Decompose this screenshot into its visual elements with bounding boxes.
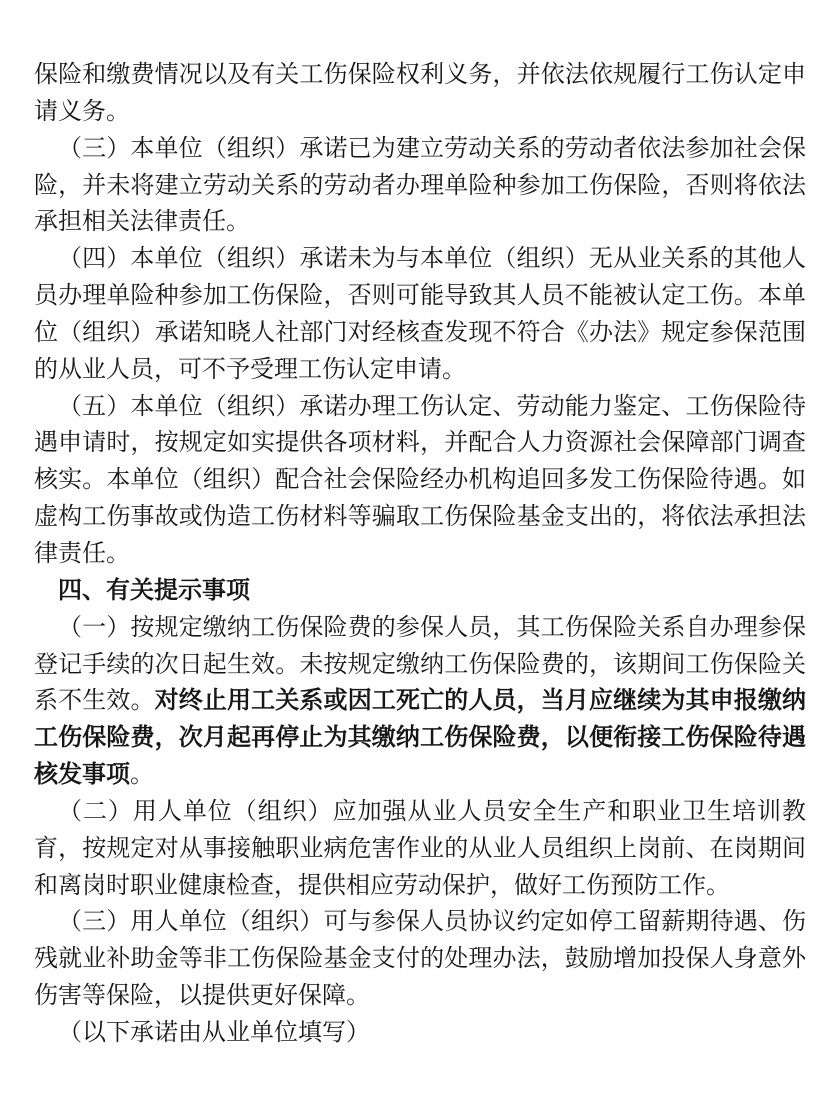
text-run: （三）用人单位（组织）可与参保人员协议约定如停工留薪期待遇、伤残就业补助金等非工… [34,909,806,1009]
paragraph: （五）本单位（组织）承诺办理工伤认定、劳动能力鉴定、工伤保险待遇申请时，按规定如… [34,389,806,573]
paragraph: （以下承诺由从业单位填写） [34,1015,806,1052]
paragraph: 保险和缴费情况以及有关工伤保险权利义务，并依法依规履行工伤认定申请义务。 [34,57,806,131]
paragraph: （四）本单位（组织）承诺未为与本单位（组织）无从业关系的其他人员办理单险种参加工… [34,241,806,388]
text-run: （二）用人单位（组织）应加强从业人员安全生产和职业卫生培训教育，按规定对从事接触… [34,799,806,899]
text-run: （以下承诺由从业单位填写） [58,1020,370,1046]
paragraph: （二）用人单位（组织）应加强从业人员安全生产和职业卫生培训教育，按规定对从事接触… [34,794,806,905]
paragraph: （三）本单位（组织）承诺已为建立劳动关系的劳动者依法参加社会保险，并未将建立劳动… [34,131,806,242]
text-run: 保险和缴费情况以及有关工伤保险权利义务，并依法依规履行工伤认定申请义务。 [34,62,806,125]
document-page: 保险和缴费情况以及有关工伤保险权利义务，并依法依规履行工伤认定申请义务。（三）本… [0,0,840,1099]
text-run: （四）本单位（组织）承诺未为与本单位（组织）无从业关系的其他人员办理单险种参加工… [34,246,806,383]
bold-text-run: 四、有关提示事项 [58,577,250,604]
section-heading: 四、有关提示事项 [34,573,806,610]
text-run: （五）本单位（组织）承诺办理工伤认定、劳动能力鉴定、工伤保险待遇申请时，按规定如… [34,394,806,567]
text-run: 。 [130,762,154,788]
text-run: （三）本单位（组织）承诺已为建立劳动关系的劳动者依法参加社会保险，并未将建立劳动… [34,136,806,236]
paragraph: （一）按规定缴纳工伤保险费的参保人员，其工伤保险关系自办理参保登记手续的次日起生… [34,610,806,794]
document-body: 保险和缴费情况以及有关工伤保险权利义务，并依法依规履行工伤认定申请义务。（三）本… [34,57,806,1052]
paragraph: （三）用人单位（组织）可与参保人员协议约定如停工留薪期待遇、伤残就业补助金等非工… [34,904,806,1015]
